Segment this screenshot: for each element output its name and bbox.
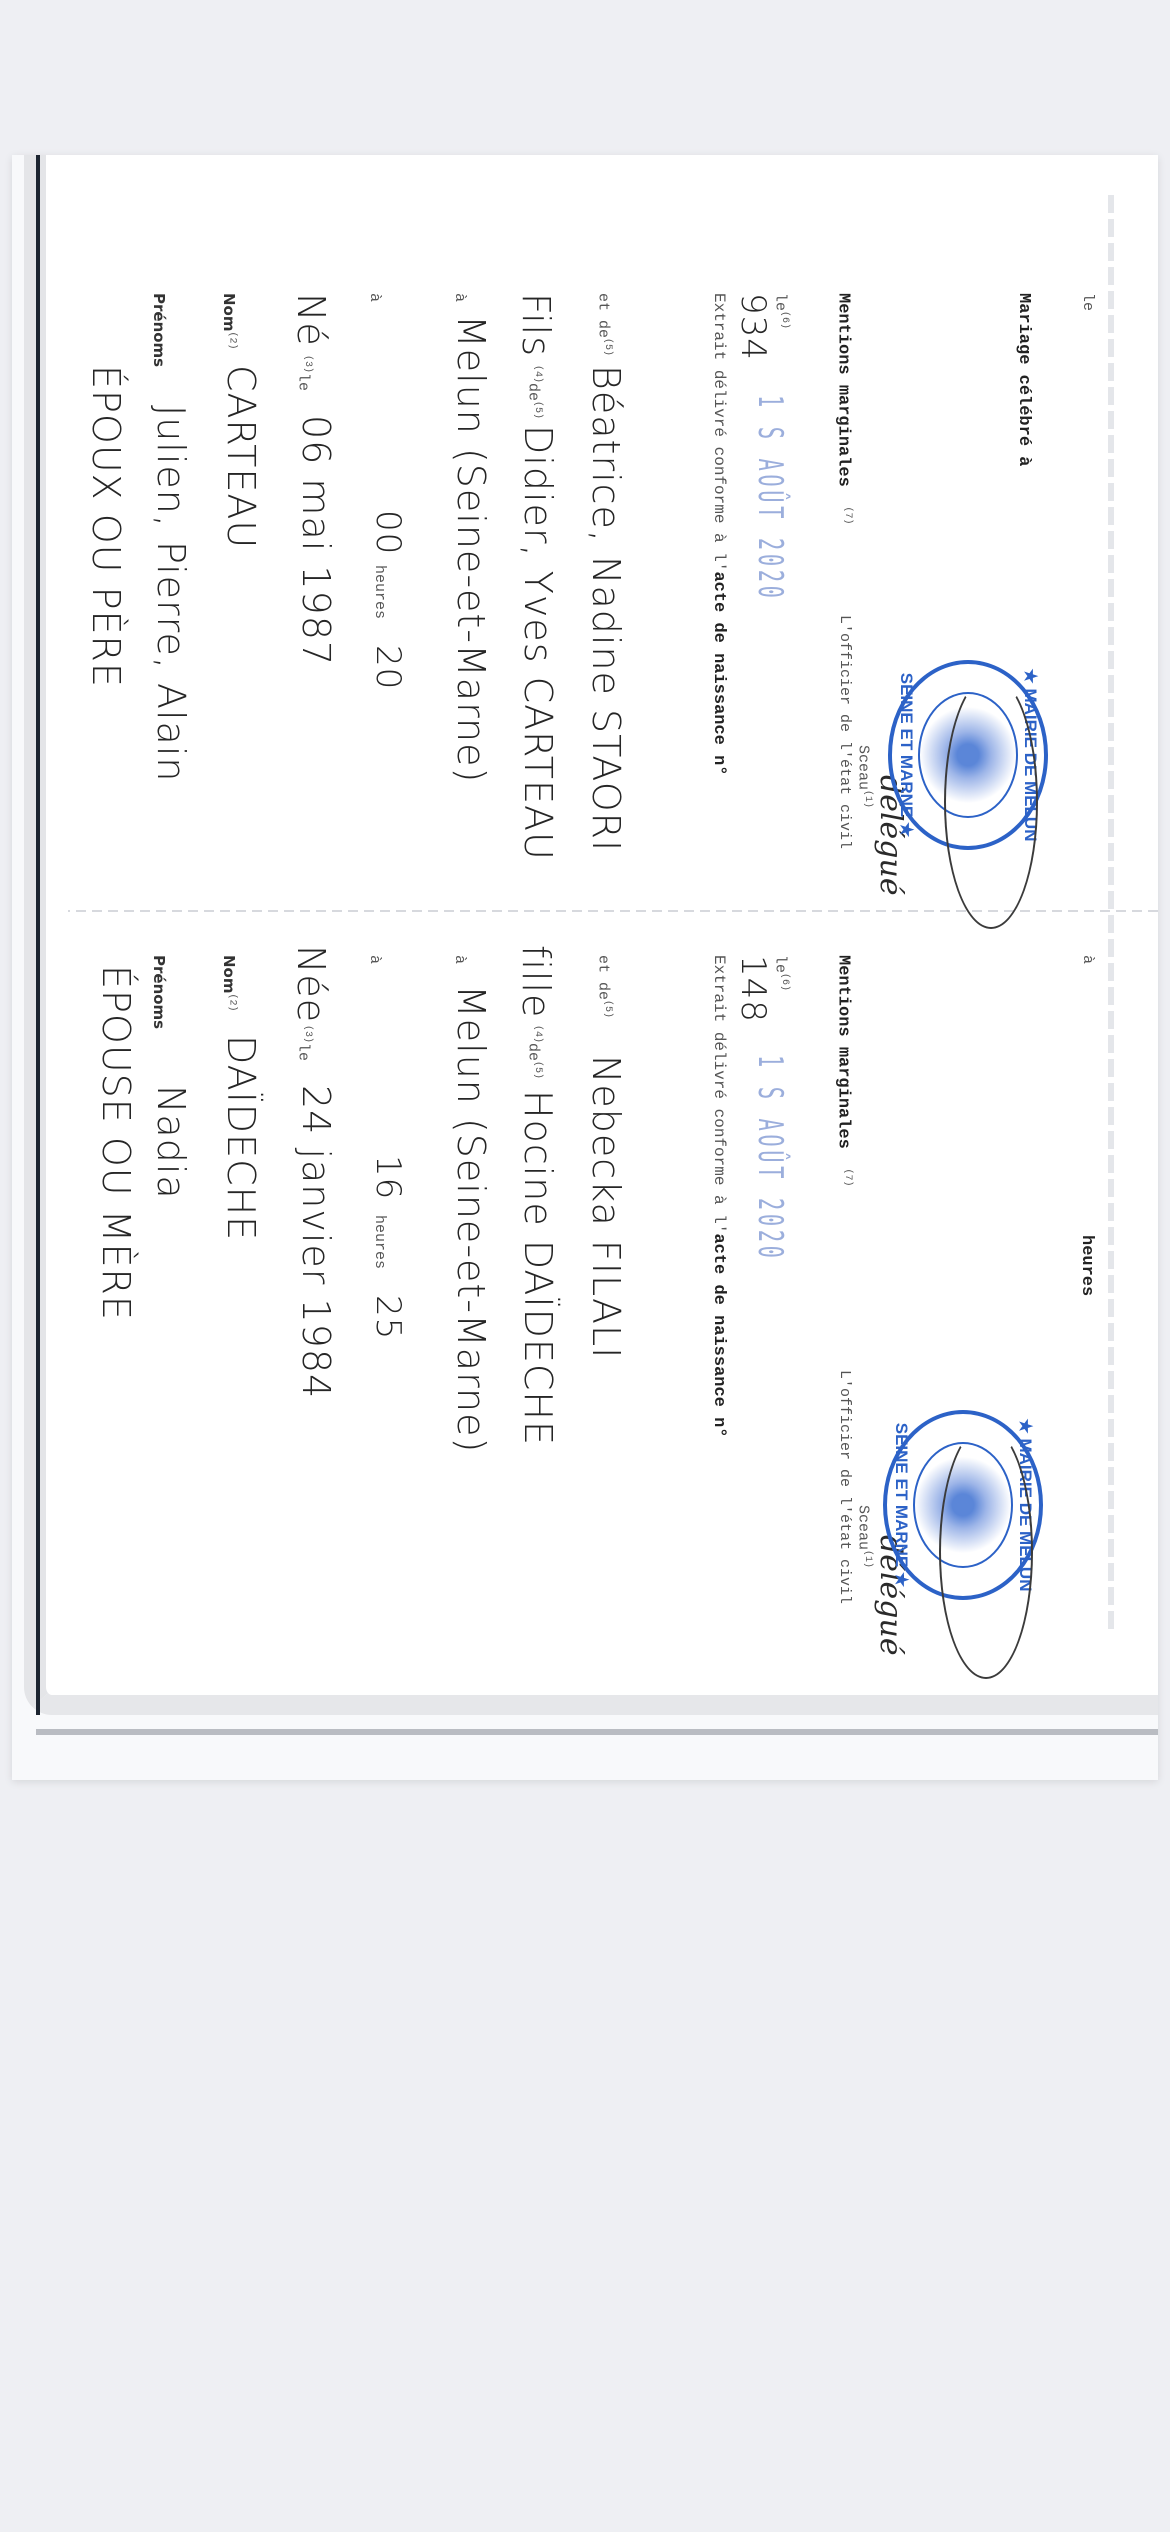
- bride-a-label-1: à: [366, 955, 383, 964]
- groom-fils: Fils: [514, 293, 558, 357]
- groom-birth-date: 06 mai 1987: [294, 415, 338, 666]
- bride-heading: ÉPOUSE OU MÈRE: [94, 965, 138, 1321]
- groom-delivery-date-stamp: 1 S AOÛT 2020: [750, 395, 790, 601]
- bride-ne-value: Née: [289, 945, 333, 1023]
- groom-acte-number: 934: [733, 293, 773, 361]
- bride-nom-row: Nom(2): [219, 955, 238, 1012]
- bride-de-row: (4)de(5): [525, 1025, 543, 1079]
- groom-a-label-2: à: [451, 293, 468, 302]
- groom-column: ÉPOUX OU PÈRE Prénoms Julien, Pierre, Al…: [58, 155, 1158, 895]
- groom-birth-place: Melun (Seine-et-Marne): [449, 315, 493, 783]
- bride-fille: fille: [514, 945, 558, 1018]
- groom-ne-value: Né: [289, 293, 333, 347]
- bride-nom-value: DAÏDECHE: [219, 1035, 263, 1241]
- page-edge: [36, 155, 40, 1715]
- bride-mother: Nebecka FILALI: [584, 1055, 628, 1359]
- bride-signature-stroke: [939, 1425, 1033, 1679]
- bride-le6-row: le(6): [772, 955, 790, 991]
- bride-birth-hour: 16: [368, 1155, 408, 1200]
- groom-heading: ÉPOUX OU PÈRE: [84, 365, 128, 688]
- bride-a-label-3: à: [1079, 955, 1096, 964]
- groom-nom-row: Nom(2): [219, 293, 238, 350]
- bride-birth-minutes: 25: [368, 1295, 408, 1340]
- groom-prenoms-row: Prénoms: [149, 293, 168, 367]
- bride-delivery-date-stamp: 1 S AOÛT 2020: [750, 1055, 790, 1261]
- groom-prenoms-value: Julien, Pierre, Alain: [149, 405, 193, 782]
- bride-a-label-2: à: [451, 955, 468, 964]
- groom-sceau-row: Sceau(1): [855, 745, 873, 808]
- bride-column: ÉPOUSE OU MÈRE Prénoms Nadia Nom(2) DAÏD…: [58, 925, 1158, 1665]
- groom-et-de-row: et de(5): [595, 293, 613, 356]
- groom-mentions-row: Mentions marginales (7): [834, 293, 853, 524]
- groom-birth-minutes: 20: [368, 645, 408, 690]
- bride-prenoms-value: Nadia: [149, 1085, 193, 1200]
- bride-father: Hocine DAÏDECHE: [516, 1090, 560, 1446]
- rotated-sheet: ÉPOUX OU PÈRE Prénoms Julien, Pierre, Al…: [12, 155, 1158, 1780]
- bride-et-de-row: et de(5): [595, 955, 613, 1018]
- groom-heures-label: heures: [371, 565, 388, 619]
- groom-father: Didier, Yves CARTEAU: [516, 425, 560, 861]
- groom-mariage-le-label: le: [1079, 293, 1096, 311]
- groom-signature-stroke: [944, 675, 1038, 929]
- bride-extrait-line: Extrait délivré conforme à l'acte de nai…: [709, 955, 728, 1438]
- groom-mother: Béatrice, Nadine STAORI: [584, 365, 628, 852]
- groom-le-row: (3)le: [295, 355, 313, 391]
- bride-acte-number: 148: [733, 955, 773, 1023]
- prenoms-label: Prénoms: [150, 293, 168, 367]
- bride-heures-label: heures: [371, 1215, 388, 1269]
- groom-extrait-line: Extrait délivré conforme à l'acte de nai…: [709, 293, 728, 776]
- bride-heures-label-2: heures: [1077, 1235, 1096, 1296]
- groom-le6-row: le(6): [772, 293, 790, 329]
- bride-mentions-row: Mentions marginales (7): [834, 955, 853, 1186]
- scanned-document: ÉPOUX OU PÈRE Prénoms Julien, Pierre, Al…: [12, 155, 1158, 1780]
- bride-sceau-row: Sceau(1): [855, 1505, 873, 1568]
- nom-label: Nom: [220, 293, 238, 332]
- bride-prenoms-label: Prénoms: [150, 955, 168, 1029]
- bride-birth-place: Melun (Seine-et-Marne): [449, 985, 493, 1453]
- groom-de-row: (4)de(5): [525, 365, 543, 419]
- page-binding-edge: [36, 1729, 1158, 1735]
- bride-birth-date: 24 janvier 1984: [294, 1085, 338, 1399]
- groom-nom-value: CARTEAU: [219, 365, 263, 549]
- groom-a-label-1: à: [366, 293, 383, 302]
- groom-officier-label: L'officier de l'état civil: [836, 615, 853, 849]
- groom-birth-hour: 00: [368, 510, 408, 555]
- bride-le-row: (3)le: [295, 1025, 313, 1061]
- bride-officier-label: L'officier de l'état civil: [836, 1370, 853, 1604]
- groom-mariage-label: Mariage célébré à: [1014, 293, 1033, 466]
